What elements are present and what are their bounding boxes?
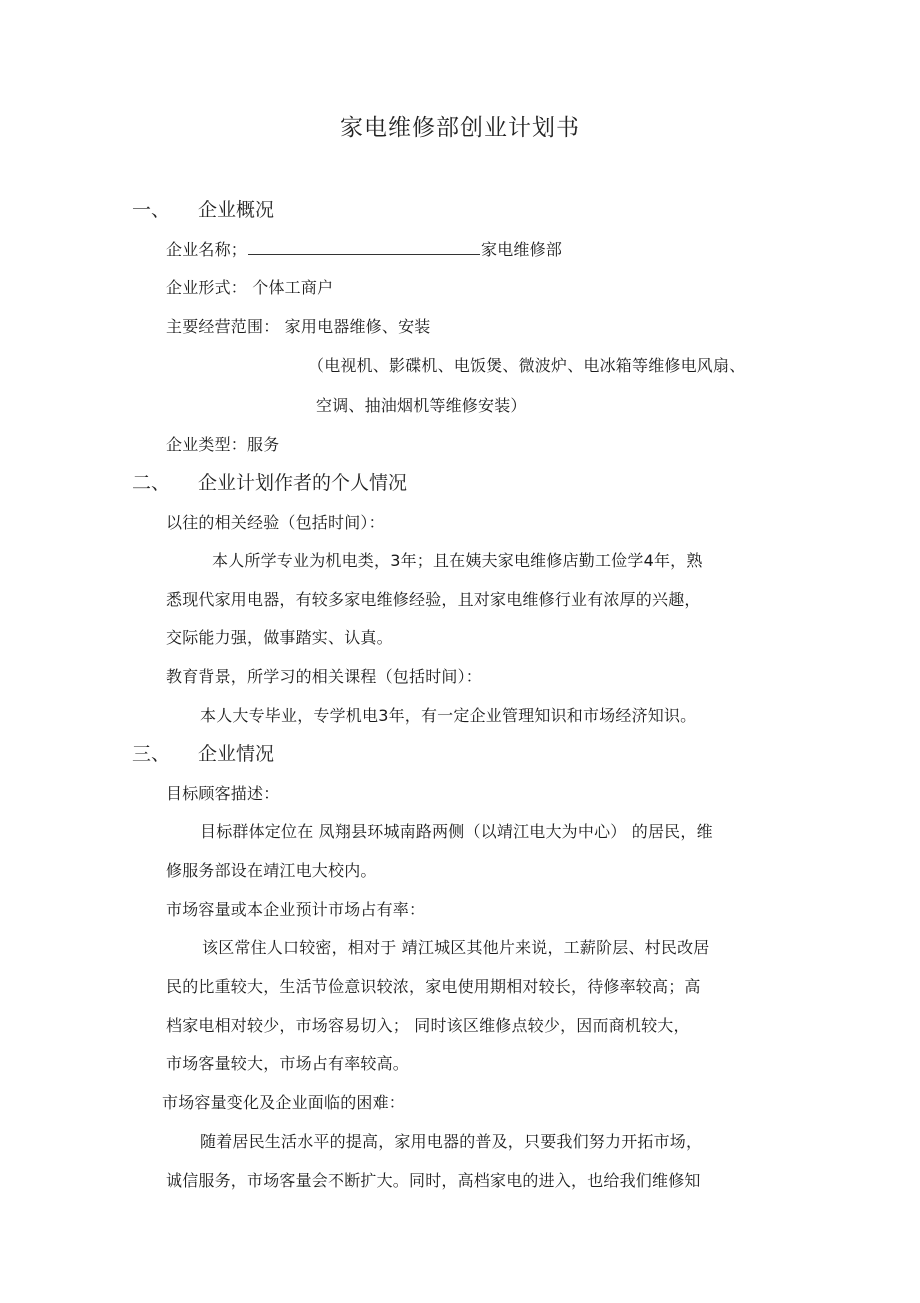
market-capacity-text-3: 档家电相对较少，市场容易切入； 同时该区维修点较少，因而商机较大， — [166, 1016, 690, 1036]
market-capacity-text-1: 该区常住人口较密，相对于 靖江城区其他片来说，工薪阶层、村民改居 — [202, 938, 710, 958]
market-capacity-text-4: 市场客量较大，市场占有率较高。 — [166, 1054, 409, 1074]
education-text: 本人大专毕业，专学机电3年，有一定企业管理知识和市场经济知识。 — [200, 706, 696, 726]
section-number: 一、 — [132, 198, 170, 222]
document-title: 家电维修部创业计划书 — [0, 114, 920, 142]
market-capacity-text-2: 民的比重较大，生活节俭意识较浓，家电使用期相对较长，待修率较高；高 — [166, 977, 701, 997]
company-name-line: 企业名称；家电维修部 — [166, 240, 562, 260]
market-change-text-2: 诚信服务，市场客量会不断扩大。同时，高档家电的进入，也给我们维修知 — [166, 1171, 701, 1191]
target-customer-text-1: 目标群体定位在 凤翔县环城南路两侧（以靖江电大为中心） 的居民，维 — [200, 822, 713, 842]
section-number: 三、 — [132, 742, 170, 766]
company-name-label: 企业名称； — [166, 240, 247, 259]
education-label: 教育背景，所学习的相关课程（包括时间）： — [166, 667, 482, 687]
section-number: 二、 — [132, 471, 170, 495]
target-customer-text-2: 修服务部设在靖江电大校内。 — [166, 861, 377, 881]
business-scope-detail-2: 空调、抽油烟机等维修安装） — [316, 396, 527, 416]
experience-text-3: 交际能力强，做事踏实、认真。 — [166, 628, 393, 648]
target-customer-label: 目标顾客描述： — [166, 784, 279, 804]
market-capacity-label: 市场容量或本企业预计市场占有率： — [166, 900, 425, 920]
company-form-line: 企业形式： 个体工商户 — [166, 278, 333, 298]
business-scope-detail-1: （电视机、影碟机、电饭煲、微波炉、电冰箱等维修电风扇、 — [308, 356, 745, 376]
experience-label: 以往的相关经验（包括时间）： — [166, 513, 385, 533]
company-name-value: 家电维修部 — [481, 240, 562, 259]
company-type-line: 企业类型：服务 — [166, 435, 279, 455]
section-title: 企业情况 — [198, 742, 274, 766]
section-title: 企业概况 — [198, 198, 274, 222]
market-change-label: 市场容量变化及企业面临的困难： — [162, 1093, 405, 1113]
experience-text-2: 悉现代家用电器，有较多家电维修经验，且对家电维修行业有浓厚的兴趣， — [166, 590, 701, 610]
company-name-blank — [248, 240, 480, 255]
experience-text-1: 本人所学专业为机电类，3年；且在姨夫家电维修店勤工俭学4年，熟 — [212, 551, 703, 571]
section-title: 企业计划作者的个人情况 — [198, 471, 407, 495]
business-scope-line: 主要经营范围： 家用电器维修、安装 — [166, 317, 431, 337]
market-change-text-1: 随着居民生活水平的提高，家用电器的普及，只要我们努力开拓市场， — [200, 1132, 702, 1152]
